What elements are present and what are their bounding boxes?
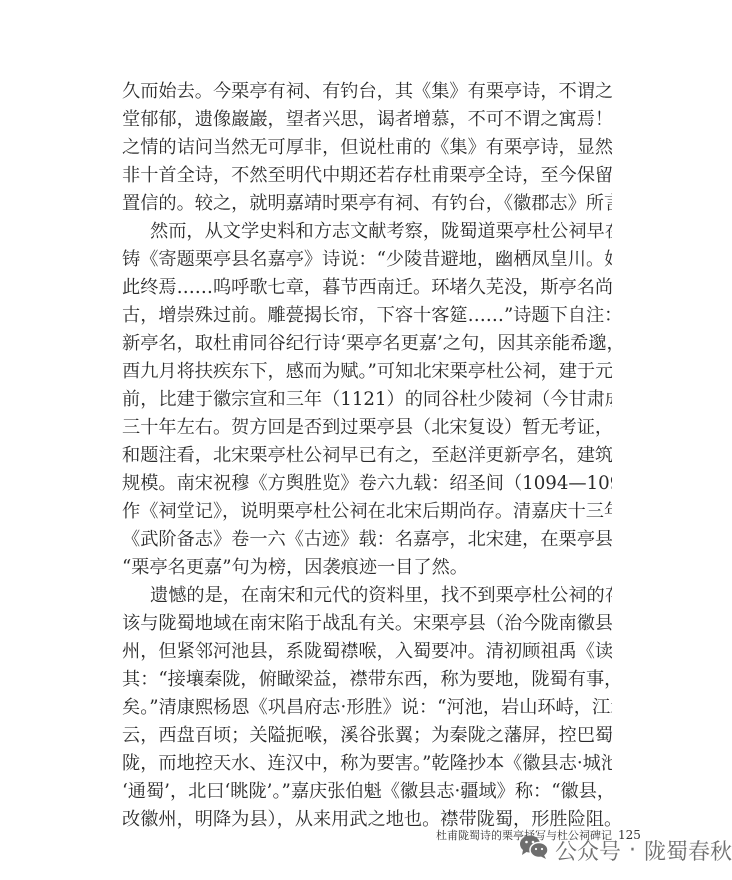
text-line: 该与陇蜀地域在南宋陷于战乱有关。宋栗亭县（治今陇南徽县伏家镇）虽属成 (122, 612, 612, 640)
text-line: 古，增崇殊过前。雕甍揭长帘，下容十客筵……”诗题下自注：“邑令赵洋更此 (122, 304, 612, 332)
text-line: 然而，从文学史料和方志文献考察，陇蜀道栗亭杜公祠早在北宋就有。贺 (122, 220, 612, 248)
text-line: 陇，而地控天水、连汉中，称为要害。”乾隆抄本《徽县志·城池》：“城门南曰 (122, 752, 612, 780)
text-line: 之情的诘问当然无可厚非，但说杜甫的《集》有栗亭诗，显然是指仅存诗题而 (122, 136, 612, 164)
text-line: 和题注看，北宋栗亭杜公祠早已有之，至赵洋更新亭名，建筑群已经具备一定 (122, 444, 612, 472)
text-line: 规模。南宋祝穆《方舆胜览》卷六九载：绍圣间（1094—1098），栗亭令王知彰 (122, 472, 612, 500)
text-line: 非十首全诗，不然至明代中期还若存杜甫栗亭全诗，至今保留不下来也是难以 (122, 164, 612, 192)
text-line: 矣。”清康熙杨恩《巩昌府志·形胜》说：“河池，岩山环峙，江水合流；东接连 (122, 696, 612, 724)
text-line: 酉九月将扶疾东下，感而为赋。”可知北宋栗亭杜公祠，建于元祐八年（1093） (122, 360, 612, 388)
paragraph-1: 久而始去。今栗亭有祠、有钓台，其《集》有栗亭诗，不谓之寓可乎？噫！草 堂郁郁，遗… (122, 80, 612, 220)
text-line: 作《祠堂记》，说明栗亭杜公祠在北宋后期尚存。清嘉庆十三年（1808）吴鹏翱 (122, 500, 612, 528)
text-line: 堂郁郁，遗像巖巖，望者兴思，谒者增慕，不可不谓之寓焉！”郭从道满含乡土 (122, 108, 612, 136)
text-line: 遗憾的是，在南宋和元代的资料里，找不到栗亭杜公祠的存废记载，这应 (122, 584, 612, 612)
text-line: 久而始去。今栗亭有祠、有钓台，其《集》有栗亭诗，不谓之寓可乎？噫！草 (122, 80, 612, 108)
watermark-separator: · (629, 838, 636, 863)
text-line: 新亭名，取杜甫同谷纪行诗‘栗亭名更嘉’之句，因其亲能希邈，求吾诗。癸 (122, 332, 612, 360)
text-line: 铸《寄题栗亭县名嘉亭》诗说：“少陵昔避地，幽栖凤皇川。始愿获其所，赋诗 (122, 248, 612, 276)
watermark-account: 陇蜀春秋 (644, 835, 732, 866)
watermark-label: 公众号 (555, 835, 621, 866)
text-line: 三十年左右。贺方回是否到过栗亭县（北宋复设）暂无考证，但从该诗的描写 (122, 416, 612, 444)
text-line: “栗亭名更嘉”句为榜，因袭痕迹一目了然。 (122, 556, 612, 584)
text-line: 其：“接壤秦陇，俯瞰梁益，襟带东西，称为要地，陇蜀有事，河池其必争之所 (122, 668, 612, 696)
text-line: 《武阶备志》卷一六《古迹》载：名嘉亭，北宋建，在栗亭县。邑令赵洋取杜甫 (122, 528, 612, 556)
page-body: 久而始去。今栗亭有祠、有钓台，其《集》有栗亭诗，不谓之寓可乎？噫！草 堂郁郁，遗… (122, 80, 612, 836)
text-line: 置信的。较之，就明嘉靖时栗亭有祠、有钓台，《徽郡志》所言非虚。 (122, 192, 612, 220)
text-line: 州，但紧邻河池县，系陇蜀襟喉，入蜀要冲。清初顾祖禹《读史方舆纪要》言 (122, 640, 612, 668)
paragraph-3: 遗憾的是，在南宋和元代的资料里，找不到栗亭杜公祠的存废记载，这应 该与陇蜀地域在… (122, 584, 612, 836)
text-line: 前，比建于徽宗宣和三年（1121）的同谷杜少陵祠（今甘肃成县杜甫草堂）要早 (122, 388, 612, 416)
wechat-icon (519, 834, 555, 866)
paragraph-2: 然而，从文学史料和方志文献考察，陇蜀道栗亭杜公祠早在北宋就有。贺 铸《寄题栗亭县… (122, 220, 612, 584)
wechat-watermark: 公众号 · 陇蜀春秋 (519, 834, 732, 866)
text-line: ‘通蜀’，北曰‘眺陇’。”嘉庆张伯魁《徽县志·疆域》称：“徽县，古河池（元 (122, 780, 612, 808)
text-line: 云，西盘百顷；关隘扼喉，溪谷张翼；为秦陇之藩屏，控巴蜀之门户。县接秦 (122, 724, 612, 752)
text-line: 此终焉……呜呼歌七章，暮节西南迁。环堵久芜没，斯亭名尚传。茂宰怆怀 (122, 276, 612, 304)
